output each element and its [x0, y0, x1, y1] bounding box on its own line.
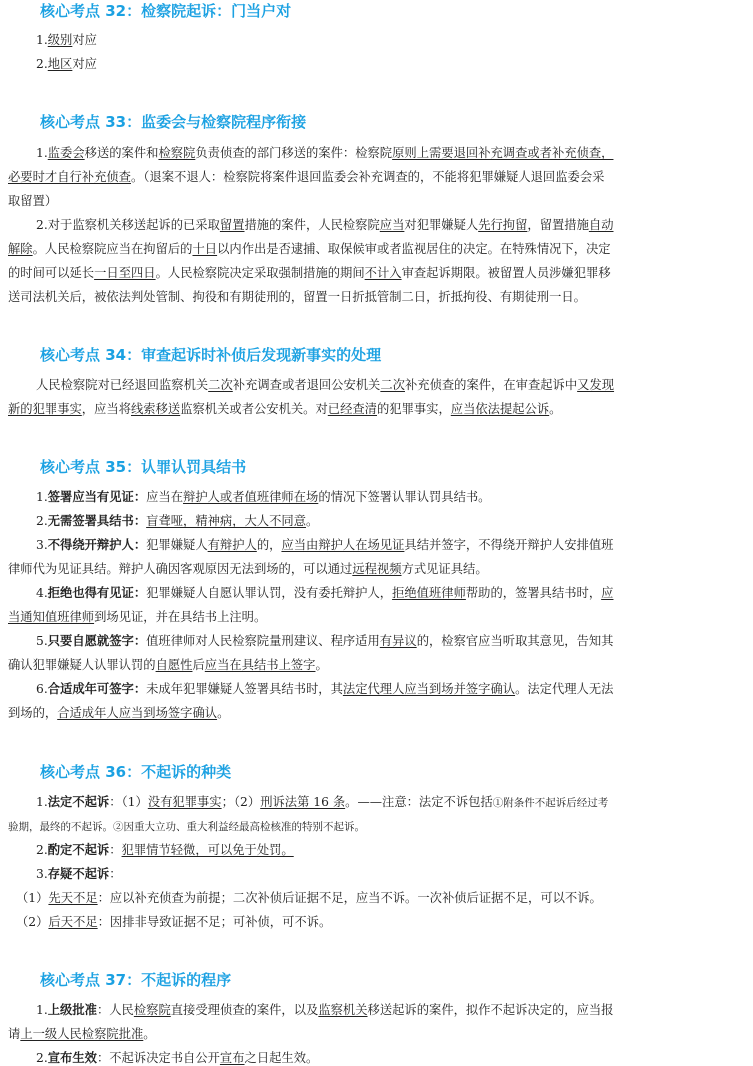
text-segment: 监察机关或者公安机关。对 — [180, 402, 328, 416]
underlined-text: 宣布 — [220, 1051, 245, 1065]
underlined-text: 应当 — [380, 218, 405, 232]
text-segment: 未成年犯罪嫌疑人签署具结书时，其 — [146, 682, 343, 696]
underlined-text: 新的犯罪事实 — [8, 402, 82, 416]
section-heading: 核心考点 33：监委会与检察院程序衔接 — [40, 111, 306, 132]
text-segment: 补充调查或者退回公安机关 — [233, 378, 381, 392]
text-segment: 2. — [36, 1051, 48, 1065]
text-segment: ：人民 — [97, 1003, 134, 1017]
section-heading: 核心考点 35：认罪认罚具结书 — [40, 456, 246, 477]
underlined-text: 犯罪情节轻微，可以免于处罚。 — [122, 843, 294, 857]
paragraph-line: 1.级别对应 — [8, 32, 736, 48]
text-segment: 2. — [36, 843, 48, 857]
underlined-text: 级别 — [48, 33, 73, 47]
paragraph-line: 1.监委会移送的案件和检察院负责侦查的部门移送的案件：检察院原则上需要退回补充调… — [8, 145, 736, 161]
text-segment: 1. — [36, 33, 48, 47]
underlined-text: 盲聋哑，精神病，大人不同意 — [146, 514, 306, 528]
text-segment: 移送的案件和 — [85, 146, 159, 160]
paragraph-line: 1.法定不起诉：（1）没有犯罪事实；（2）刑诉法第 16 条。——注意：法定不诉… — [8, 794, 736, 811]
paragraph-line: 必要时才自行补充侦查。（退案不退人：检察院将案件退回监委会补充调查的，不能将犯罪… — [8, 169, 708, 185]
underlined-text: 辩护人或者值班律师在场 — [183, 490, 318, 504]
text-segment: 。（退案不退人：检察院将案件退回监委会补充调查的，不能将犯罪嫌疑人退回监委会采 — [131, 170, 604, 184]
paragraph-line: 5.只要自愿就签字：值班律师对人民检察院量刑建议、程序适用有异议的，检察官应当听… — [8, 633, 736, 649]
underlined-text: 自动 — [589, 218, 614, 232]
text-segment: ：应以补充侦查为前提；二次补侦后证据不足，应当不诉。一次补侦后证据不足，可以不诉… — [98, 891, 602, 905]
text-segment: 。 — [549, 402, 561, 416]
bold-term: 只要自愿就签字： — [48, 634, 146, 648]
section-heading: 核心考点 36：不起诉的种类 — [40, 761, 231, 782]
underlined-text: 地区 — [48, 57, 73, 71]
text-segment: 。法定代理人无法 — [515, 682, 613, 696]
underlined-text: 又发现 — [577, 378, 614, 392]
paragraph-line: 2.无需签署具结书：盲聋哑，精神病，大人不同意。 — [8, 513, 736, 529]
text-segment: 2.对于监察机关移送起诉的已采取 — [36, 218, 220, 232]
text-segment: ： — [109, 843, 121, 857]
text-segment: 。人民检察院应当在拘留后的 — [33, 242, 193, 256]
bold-term: 酌定不起诉 — [48, 843, 110, 857]
underlined-text: 应当由辩护人在场见证 — [281, 538, 404, 552]
text-segment: 移送起诉的案件，拟作不起诉决定的，应当报 — [368, 1003, 614, 1017]
text-segment: 5. — [36, 634, 48, 648]
text-segment: 人民检察院对已经退回监察机关 — [36, 378, 208, 392]
paragraph-line: 的时间可以延长一日至四日。人民检察院决定采取强制措施的期间不计入审查起诉期限。被… — [8, 265, 708, 281]
text-segment: 3. — [36, 867, 48, 881]
text-segment: ： — [109, 867, 121, 881]
text-segment: （1） — [16, 891, 48, 905]
underlined-text: 一日至四日 — [94, 266, 156, 280]
paragraph-line: 1.签署应当有见证：应当在辩护人或者值班律师在场的情况下签署认罪认罚具结书。 — [8, 489, 736, 505]
section-heading: 核心考点 32：检察院起诉：门当户对 — [40, 0, 291, 21]
underlined-text: 先天不足 — [48, 891, 97, 905]
paragraph-line: 4.拒绝也得有见证：犯罪嫌疑人自愿认罪认罚，没有委托辩护人，拒绝值班律师帮助的，… — [8, 585, 736, 601]
text-segment: 以内作出是否逮捕、取保候审或者监视居住的决定。在特殊情况下，决定 — [217, 242, 611, 256]
underlined-text: 检察院 — [134, 1003, 171, 1017]
text-segment: ：不起诉决定书自公开 — [97, 1051, 220, 1065]
text-segment: 到场见证，并在具结书上注明。 — [94, 610, 266, 624]
underlined-text: 检察院 — [158, 146, 195, 160]
bold-term: 无需签署具结书： — [48, 514, 146, 528]
text-segment: 。 — [315, 658, 327, 672]
text-segment: 对犯罪嫌疑人 — [404, 218, 478, 232]
text-segment: 1. — [36, 1003, 48, 1017]
text-segment: 值班律师对人民检察院量刑建议、程序适用 — [146, 634, 380, 648]
underlined-text: 留置 — [220, 218, 245, 232]
text-segment: 。 — [217, 706, 229, 720]
text-segment: 验期，最终的不起诉。②因重大立功、重大利益经最高检核准的特别不起诉。 — [8, 821, 365, 833]
paragraph-line: 律师代为见证具结。辩护人确因客观原因无法到场的，可以通过远程视频方式见证具结。 — [8, 561, 708, 577]
text-segment: 应当在 — [146, 490, 183, 504]
paragraph-line: 人民检察院对已经退回监察机关二次补充调查或者退回公安机关二次补充侦查的案件，在审… — [8, 377, 736, 393]
underlined-text: 有辩护人 — [208, 538, 257, 552]
underlined-text: 合适成年人应当到场签字确认 — [57, 706, 217, 720]
text-segment: 具结并签字，不得绕开辩护人安排值班 — [404, 538, 613, 552]
underlined-text: 刑诉法第 16 条 — [260, 795, 345, 809]
text-segment: 帮助的，签署具结书时， — [466, 586, 601, 600]
text-segment: 送司法机关后，被依法判处管制、拘役和有期徒刑的，留置一日折抵管制二日，折抵拘役、… — [8, 290, 586, 304]
bold-term: 签署应当有见证： — [48, 490, 146, 504]
underlined-text: 自愿性 — [156, 658, 193, 672]
underlined-text: 应当依法提起公诉 — [451, 402, 549, 416]
text-segment: ，应当将 — [82, 402, 131, 416]
paragraph-line: 送司法机关后，被依法判处管制、拘役和有期徒刑的，留置一日折抵管制二日，折抵拘役、… — [8, 289, 708, 305]
paragraph-line: 确认犯罪嫌疑人认罪认罚的自愿性后应当在具结书上签字。 — [8, 657, 708, 673]
text-segment: 1. — [36, 146, 48, 160]
bold-term: 法定不起诉 — [48, 795, 110, 809]
text-segment: 对应 — [72, 57, 97, 71]
text-segment: 方式见证具结。 — [402, 562, 488, 576]
text-segment: 的，检察官应当听取其意见，告知其 — [417, 634, 614, 648]
text-segment: 。人民检察院决定采取强制措施的期间 — [156, 266, 365, 280]
paragraph-line: 解除。人民检察院应当在拘留后的十日以内作出是否逮捕、取保候审或者监视居住的决定。… — [8, 241, 708, 257]
text-segment: ，留置措施 — [527, 218, 589, 232]
text-segment: 犯罪嫌疑人 — [146, 538, 208, 552]
text-segment: ①附条件不起诉后经过考 — [493, 797, 609, 809]
underlined-text: 监察机关 — [318, 1003, 367, 1017]
paragraph-line: 2.宣布生效：不起诉决定书自公开宣布之日起生效。 — [8, 1050, 736, 1066]
text-segment: 取留置） — [8, 194, 57, 208]
underlined-text: 有异议 — [380, 634, 417, 648]
underlined-text: 已经查清 — [328, 402, 377, 416]
underlined-text: 十日 — [192, 242, 217, 256]
section-heading: 核心考点 34：审查起诉时补侦后发现新事实的处理 — [40, 344, 381, 365]
text-segment: 6. — [36, 682, 48, 696]
underlined-text: 当通知值班律师 — [8, 610, 94, 624]
paragraph-line: 到场的，合适成年人应当到场签字确认。 — [8, 705, 708, 721]
paragraph-line: 新的犯罪事实，应当将线索移送监察机关或者公安机关。对已经查清的犯罪事实，应当依法… — [8, 401, 708, 417]
paragraph-line: （1）先天不足：应以补充侦查为前提；二次补侦后证据不足，应当不诉。一次补侦后证据… — [8, 890, 716, 906]
paragraph-line: 2.对于监察机关移送起诉的已采取留置措施的案件，人民检察院应当对犯罪嫌疑人先行拘… — [8, 217, 736, 233]
underlined-text: 二次 — [208, 378, 233, 392]
underlined-text: 必要时才自行补充侦查 — [8, 170, 131, 184]
text-segment: 。——注意：法定不诉包括 — [345, 795, 493, 809]
section-heading: 核心考点 37：不起诉的程序 — [40, 969, 231, 990]
underlined-text: 不计入 — [365, 266, 402, 280]
text-segment: 负责侦查的部门移送的案件：检察院 — [195, 146, 392, 160]
underlined-text: 先行拘留 — [478, 218, 527, 232]
text-segment: 4. — [36, 586, 48, 600]
paragraph-line: 当通知值班律师到场见证，并在具结书上注明。 — [8, 609, 708, 625]
paragraph-line: 验期，最终的不起诉。②因重大立功、重大利益经最高检核准的特别不起诉。 — [8, 818, 708, 835]
text-segment: 的情况下签署认罪认罚具结书。 — [318, 490, 490, 504]
paragraph-line: 请上一级人民检察院批准。 — [8, 1026, 708, 1042]
underlined-text: 法定代理人应当到场并签字确认 — [343, 682, 515, 696]
underlined-text: 应 — [601, 586, 613, 600]
underlined-text: 拒绝值班律师 — [392, 586, 466, 600]
text-segment: ：（1） — [109, 795, 148, 809]
paragraph-line: 2.酌定不起诉：犯罪情节轻微，可以免于处罚。 — [8, 842, 736, 858]
text-segment: 之日起生效。 — [245, 1051, 319, 1065]
text-segment: 请 — [8, 1027, 20, 1041]
paragraph-line: 2.地区对应 — [8, 56, 736, 72]
paragraph-line: 3.不得绕开辩护人：犯罪嫌疑人有辩护人的，应当由辩护人在场见证具结并签字，不得绕… — [8, 537, 736, 553]
paragraph-line: 取留置） — [8, 193, 708, 209]
underlined-text: 解除 — [8, 242, 33, 256]
underlined-text: 后天不足 — [48, 915, 97, 929]
text-segment: 。 — [306, 514, 318, 528]
text-segment: 。 — [143, 1027, 155, 1041]
text-segment: 确认犯罪嫌疑人认罪认罚的 — [8, 658, 156, 672]
text-segment: 补充侦查的案件，在审查起诉中 — [405, 378, 577, 392]
text-segment: 的犯罪事实， — [377, 402, 451, 416]
underlined-text: 原则上需要退回补充调查或者补充侦查， — [392, 146, 613, 160]
text-segment: 后 — [192, 658, 204, 672]
text-segment: 措施的案件，人民检察院 — [245, 218, 380, 232]
bold-term: 上级批准 — [48, 1003, 97, 1017]
paragraph-line: 3.存疑不起诉： — [8, 866, 736, 882]
underlined-text: 没有犯罪事实 — [148, 795, 222, 809]
text-segment: 审查起诉期限。被留置人员涉嫌犯罪移 — [402, 266, 611, 280]
underlined-text: 二次 — [380, 378, 405, 392]
paragraph-line: 1.上级批准：人民检察院直接受理侦查的案件，以及监察机关移送起诉的案件，拟作不起… — [8, 1002, 736, 1018]
bold-term: 宣布生效 — [48, 1051, 97, 1065]
text-segment: 直接受理侦查的案件，以及 — [171, 1003, 319, 1017]
underlined-text: 应当在具结书上签字 — [205, 658, 316, 672]
text-segment: 1. — [36, 795, 48, 809]
bold-term: 不得绕开辩护人： — [48, 538, 146, 552]
text-segment: 犯罪嫌疑人自愿认罪认罚，没有委托辩护人， — [146, 586, 392, 600]
text-segment: 的， — [257, 538, 282, 552]
paragraph-line: 6.合适成年可签字：未成年犯罪嫌疑人签署具结书时，其法定代理人应当到场并签字确认… — [8, 681, 736, 697]
text-segment: ；（2） — [222, 795, 261, 809]
underlined-text: 监委会 — [48, 146, 85, 160]
text-segment: 3. — [36, 538, 48, 552]
bold-term: 拒绝也得有见证： — [48, 586, 146, 600]
underlined-text: 线索移送 — [131, 402, 180, 416]
text-segment: 1. — [36, 490, 48, 504]
underlined-text: 远程视频 — [352, 562, 401, 576]
text-segment: ：因排非导致证据不足；可补侦，可不诉。 — [98, 915, 332, 929]
bold-term: 合适成年可签字： — [48, 682, 146, 696]
text-segment: （2） — [16, 915, 48, 929]
text-segment: 2. — [36, 57, 48, 71]
text-segment: 到场的， — [8, 706, 57, 720]
bold-term: 存疑不起诉 — [48, 867, 110, 881]
text-segment: 对应 — [72, 33, 97, 47]
paragraph-line: （2）后天不足：因排非导致证据不足；可补侦，可不诉。 — [8, 914, 716, 930]
text-segment: 2. — [36, 514, 48, 528]
text-segment: 律师代为见证具结。辩护人确因客观原因无法到场的，可以通过 — [8, 562, 352, 576]
underlined-text: 上一级人民检察院批准 — [20, 1027, 143, 1041]
text-segment: 的时间可以延长 — [8, 266, 94, 280]
